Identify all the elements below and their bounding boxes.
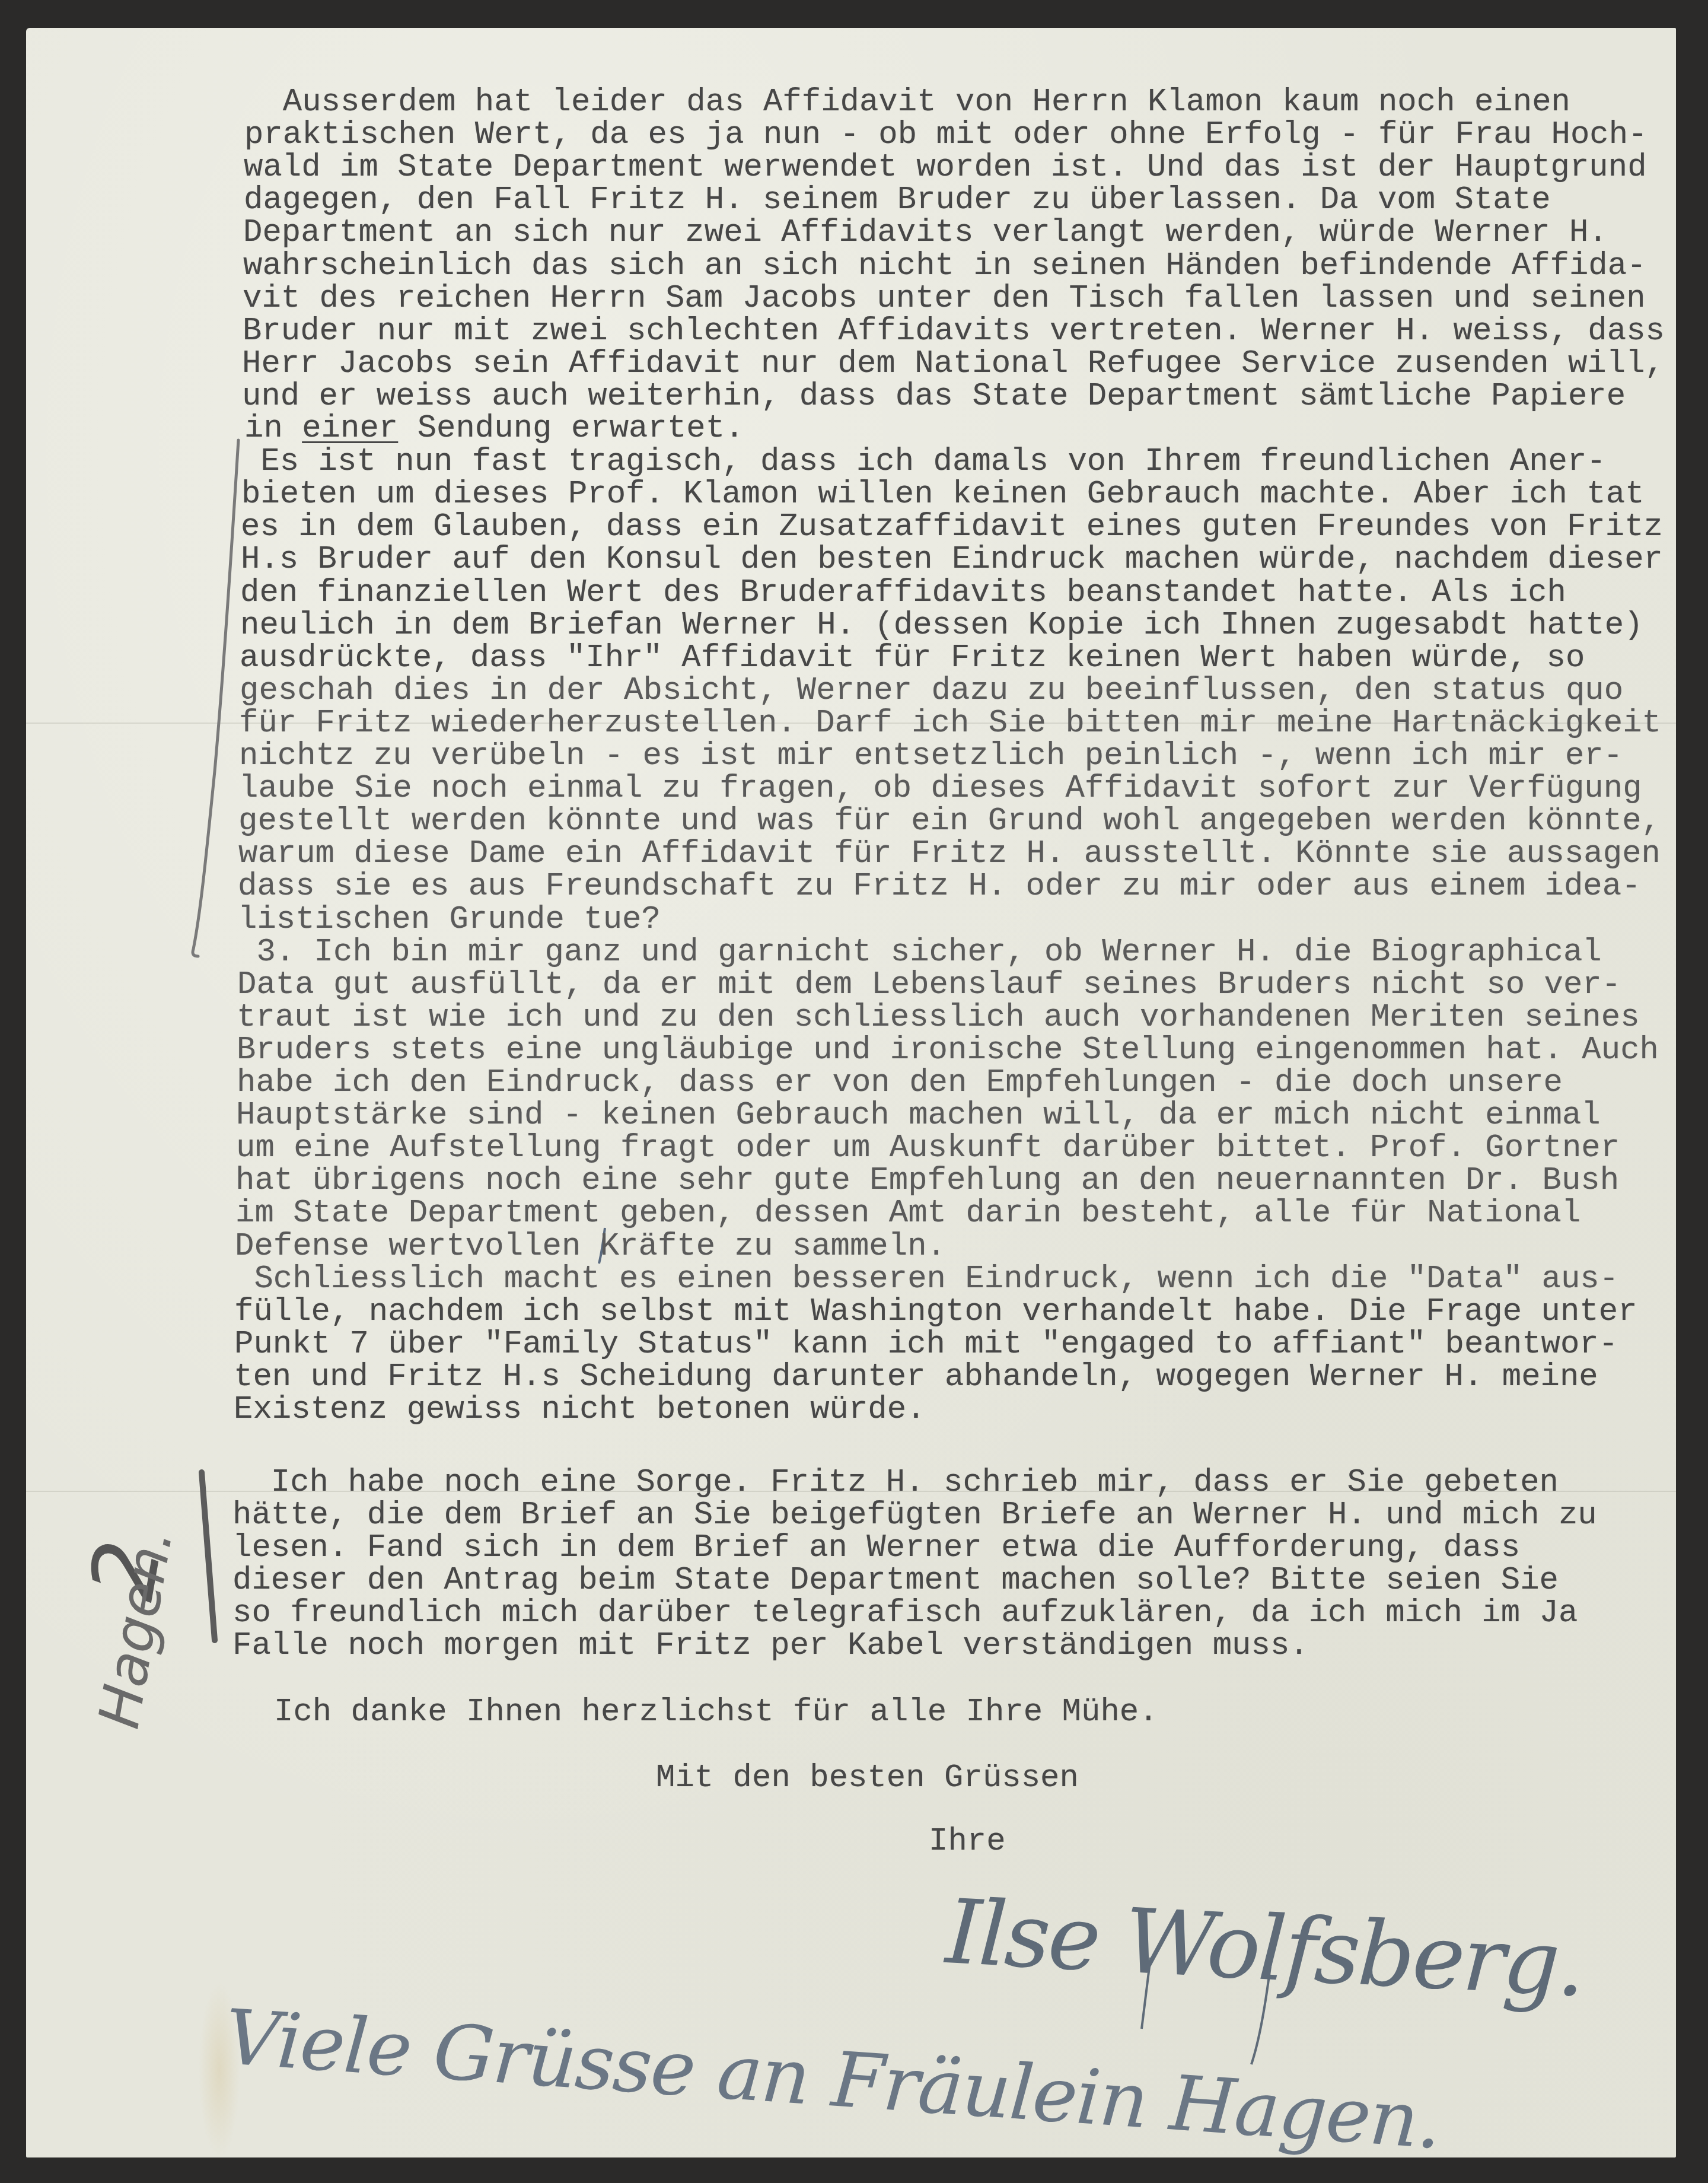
body-line: Defense wertvollen Kräfte zu sammeln.	[235, 1231, 946, 1263]
body-line: Herr Jacobs sein Affidavit nur dem Natio…	[242, 348, 1664, 380]
body-line: um eine Aufstellung fragt oder um Auskun…	[236, 1132, 1620, 1164]
body-line: Bruder nur mit zwei schlechten Affidavit…	[243, 316, 1665, 348]
thanks-line: Ich danke Ihnen herzlichst für alle Ihre…	[274, 1697, 1158, 1729]
body-line: ten und Fritz H.s Scheidung darunter abh…	[234, 1361, 1598, 1393]
salutation: Mit den besten Grüssen	[656, 1762, 1079, 1794]
body-line: praktischen Wert, da es ja nun - ob mit …	[244, 119, 1648, 151]
body-line: Schliesslich macht es einen besseren Ein…	[235, 1264, 1618, 1296]
body-line: im State Department geben, dessen Amt da…	[235, 1198, 1580, 1230]
body-line: nichtz zu verübeln - es ist mir entsetzl…	[239, 740, 1623, 772]
closing-line: lesen. Fand sich in dem Brief an Werner …	[232, 1532, 1520, 1564]
body-line: laube Sie noch einmal zu fragen, ob dies…	[239, 773, 1642, 805]
text-fragment: Sendung erwartet.	[398, 410, 744, 447]
body-line: es in dem Glauben, dass ein Zusatzaffida…	[241, 511, 1663, 543]
body-line: geschah dies in der Absicht, Werner dazu…	[240, 675, 1623, 707]
body-line: Es ist nun fast tragisch, dass ich damal…	[241, 446, 1606, 478]
closing-line: hätte, die dem Brief an Sie beigefügten …	[232, 1500, 1597, 1532]
pencil-vertical-bar	[202, 1472, 215, 1640]
body-line: hat übrigens noch eine sehr gute Empfehl…	[235, 1165, 1619, 1197]
body-line: neulich in dem Briefan Werner H. (dessen…	[240, 610, 1643, 642]
body-line: warum diese Dame ein Affidavit für Fritz…	[238, 838, 1661, 870]
body-line: habe ich den Eindruck, dass er von den E…	[237, 1067, 1563, 1099]
body-line: dagegen, den Fall Fritz H. seinem Bruder…	[244, 184, 1551, 217]
closing-line: Falle noch morgen mit Fritz per Kabel ve…	[232, 1630, 1309, 1662]
body-line: gestellt werden könnte und was für ein G…	[238, 806, 1661, 838]
text-fragment: in	[244, 410, 302, 447]
closing-line: so freundlich mich darüber telegrafisch …	[232, 1598, 1578, 1630]
body-line-sendung: in einer Sendung erwartet.	[244, 413, 744, 445]
body-line: Punkt 7 über "Family Status" kann ich mi…	[234, 1329, 1618, 1361]
body-line: wahrscheinlich das sich an sich nicht in…	[243, 250, 1646, 282]
body-line: Bruders stets eine ungläubige und ironis…	[237, 1035, 1659, 1067]
body-line: Data gut ausfüllt, da er mit dem Lebensl…	[237, 969, 1621, 1001]
body-line: und er weiss auch weiterhin, dass das St…	[242, 381, 1626, 413]
yours: Ihre	[929, 1826, 1006, 1858]
body-line: bieten um dieses Prof. Klamon willen kei…	[241, 479, 1645, 511]
body-line: für Fritz wiederherzustellen. Darf ich S…	[239, 708, 1661, 740]
body-line: Department an sich nur zwei Affidavits v…	[243, 217, 1608, 249]
underlined-word: einer	[302, 410, 398, 447]
body-line: den finanziellen Wert des Bruderaffidavi…	[240, 577, 1566, 609]
pencil-bracket-line	[193, 440, 238, 956]
body-line: Hauptstärke sind - keinen Gebrauch mache…	[236, 1100, 1601, 1132]
body-line: fülle, nachdem ich selbst mit Washington…	[234, 1296, 1637, 1328]
closing-line: Ich habe noch eine Sorge. Fritz H. schri…	[232, 1467, 1559, 1499]
body-line: 3. Ich bin mir ganz und garnicht sicher,…	[237, 937, 1602, 969]
closing-line: dieser den Antrag beim State Department …	[232, 1565, 1559, 1597]
body-line: Ausserdem hat leider das Affidavit von H…	[244, 87, 1570, 119]
body-line: H.s Bruder auf den Konsul den besten Ein…	[241, 544, 1663, 576]
body-line: Existenz gewiss nicht betonen würde.	[234, 1394, 926, 1426]
body-line: ausdrückte, dass "Ihr" Affidavit für Fri…	[240, 642, 1585, 674]
body-line: traut ist wie ich und zu den schliesslic…	[237, 1002, 1640, 1034]
body-line: wald im State Department werwendet worde…	[244, 152, 1647, 184]
body-line: vit des reichen Herrn Sam Jacobs unter d…	[243, 283, 1646, 315]
body-line: listischen Grunde tue?	[238, 904, 661, 936]
body-line: dass sie es aus Freundschaft zu Fritz H.…	[238, 871, 1641, 903]
